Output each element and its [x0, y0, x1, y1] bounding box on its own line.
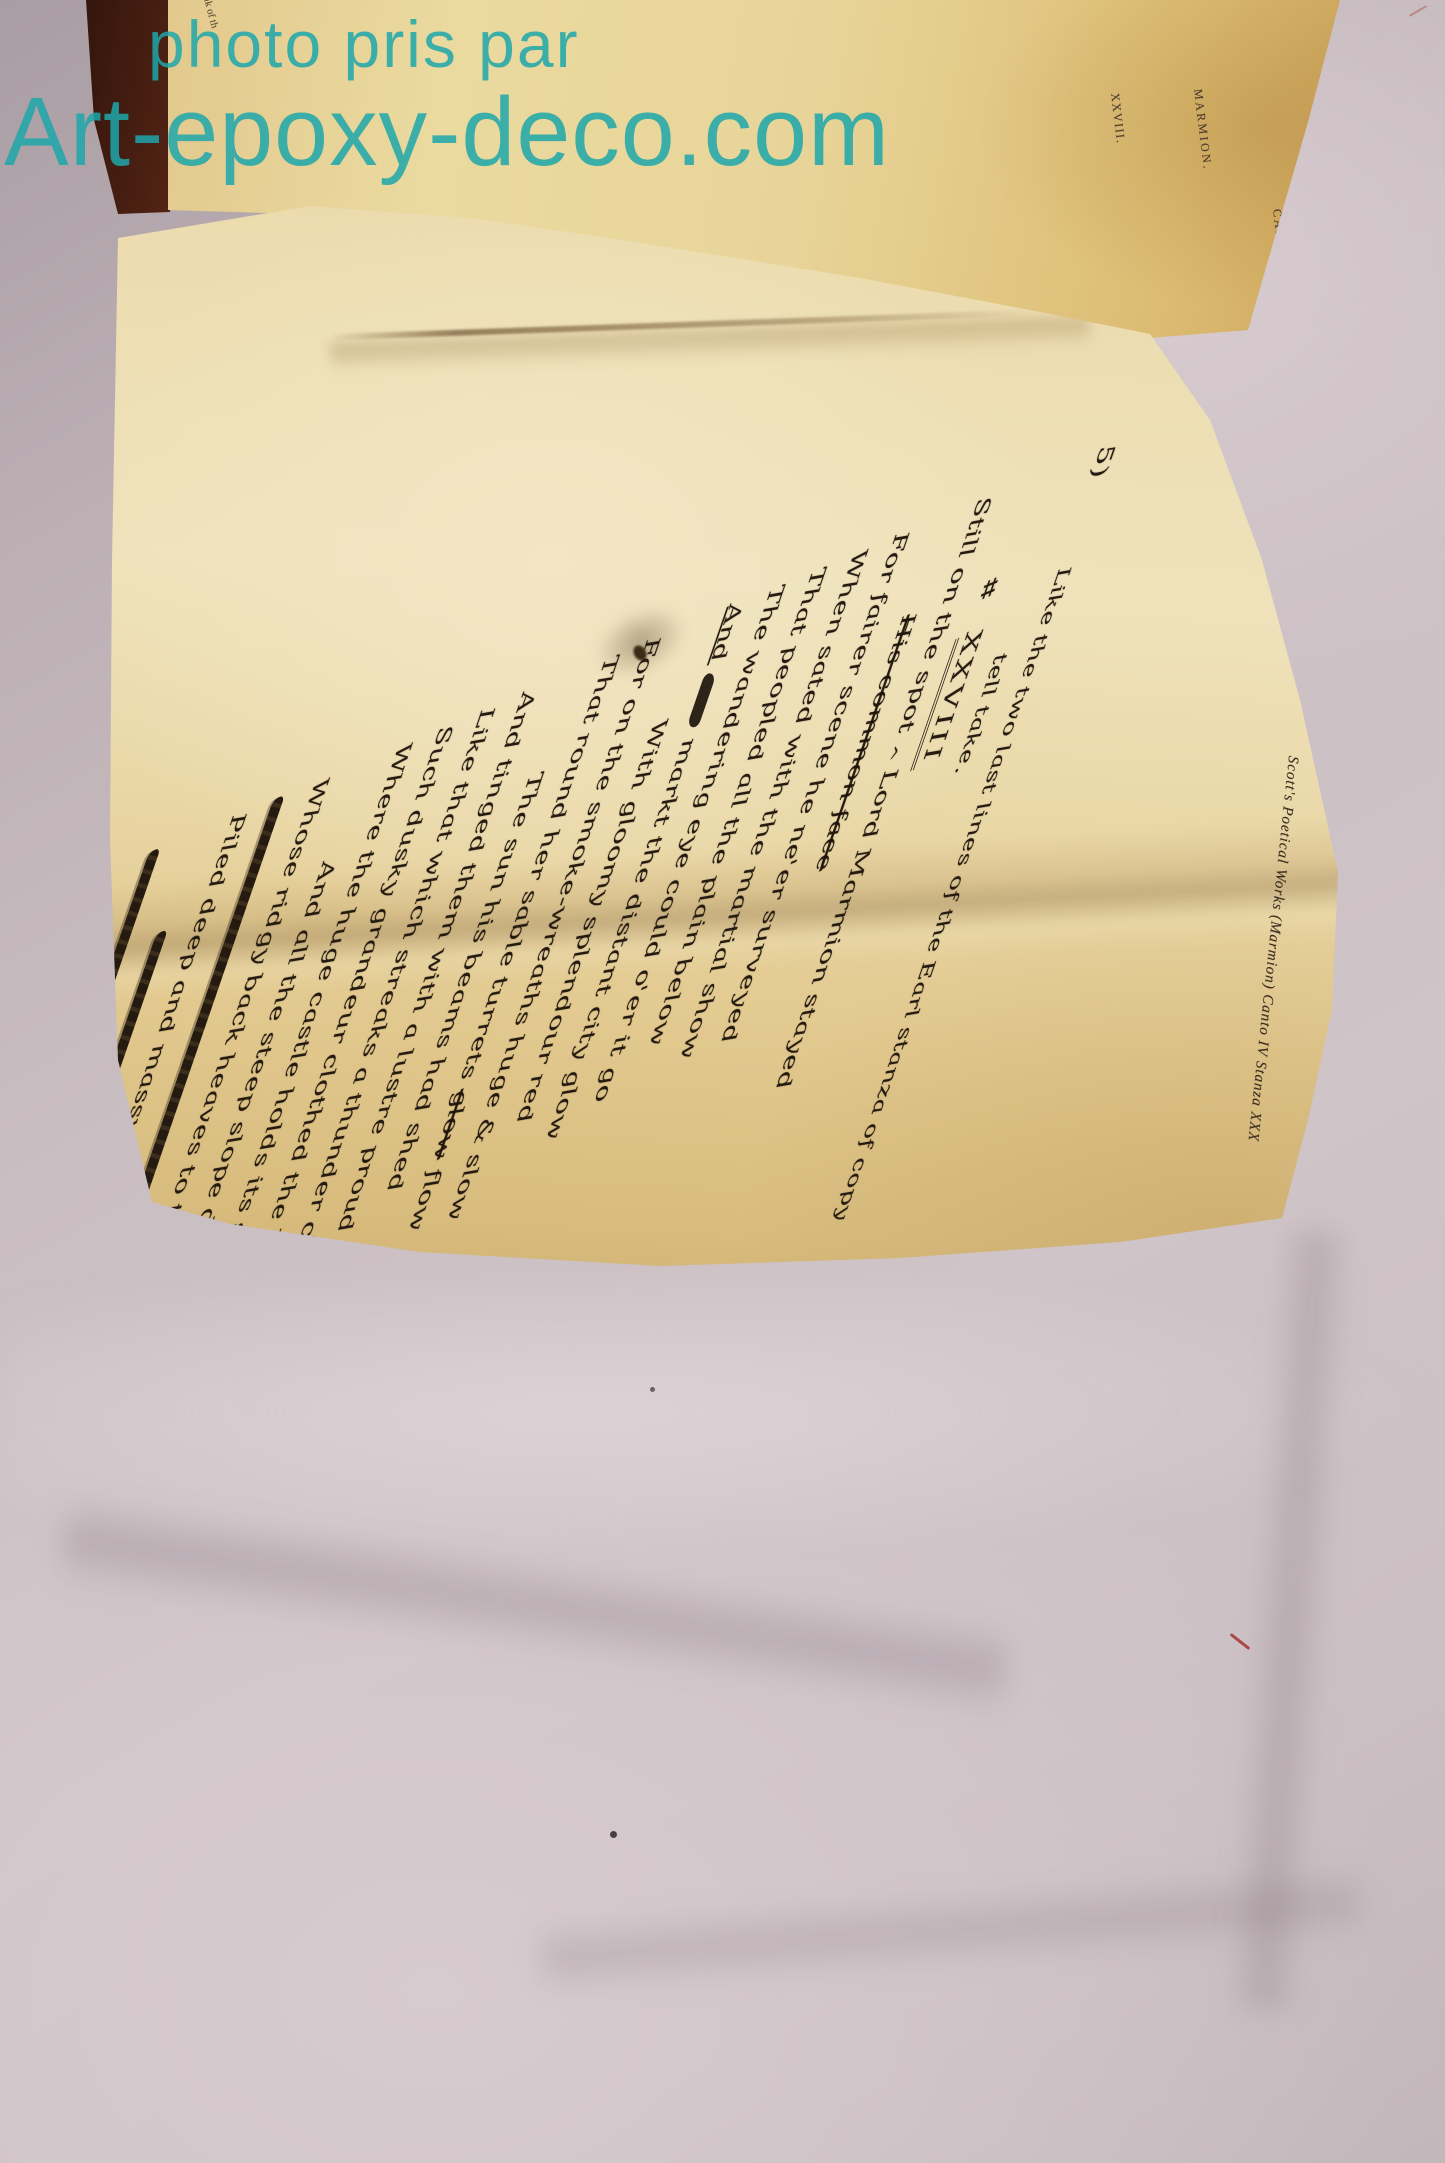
handwriting-segment: ⌗	[972, 573, 1006, 603]
cloth-wrinkle	[539, 1866, 1362, 1993]
photograph-of-open-book-with-manuscript: MARMION. CANTO IV. XXVIII. Nor mark'd th…	[0, 0, 1445, 2163]
page-header-marmion: MARMION.	[1190, 88, 1215, 172]
ink-blot	[687, 672, 716, 728]
handwriting-line	[0, 858, 135, 1843]
dust-speck	[610, 1831, 617, 1838]
stanza-number-xxviii: XXVIII.	[1107, 92, 1128, 145]
page-annotation: 5)	[1084, 439, 1122, 483]
red-fiber	[1409, 5, 1427, 17]
struck-out-scribble	[0, 964, 86, 1351]
cloth-wrinkle	[58, 1494, 1011, 1715]
dust-speck	[650, 1387, 655, 1392]
red-fiber	[1230, 1633, 1251, 1650]
handwriting-segment: Mine own romantic town.	[0, 1117, 110, 1517]
page-header-canto: CANTO IV.	[1269, 208, 1294, 290]
printed-stanza-xxx: XXX.Still on the spot Lord Marmion stay'…	[252, 0, 518, 184]
cloth-highlight	[0, 1280, 1445, 1540]
cloth-wrinkle	[1228, 1229, 1352, 2012]
